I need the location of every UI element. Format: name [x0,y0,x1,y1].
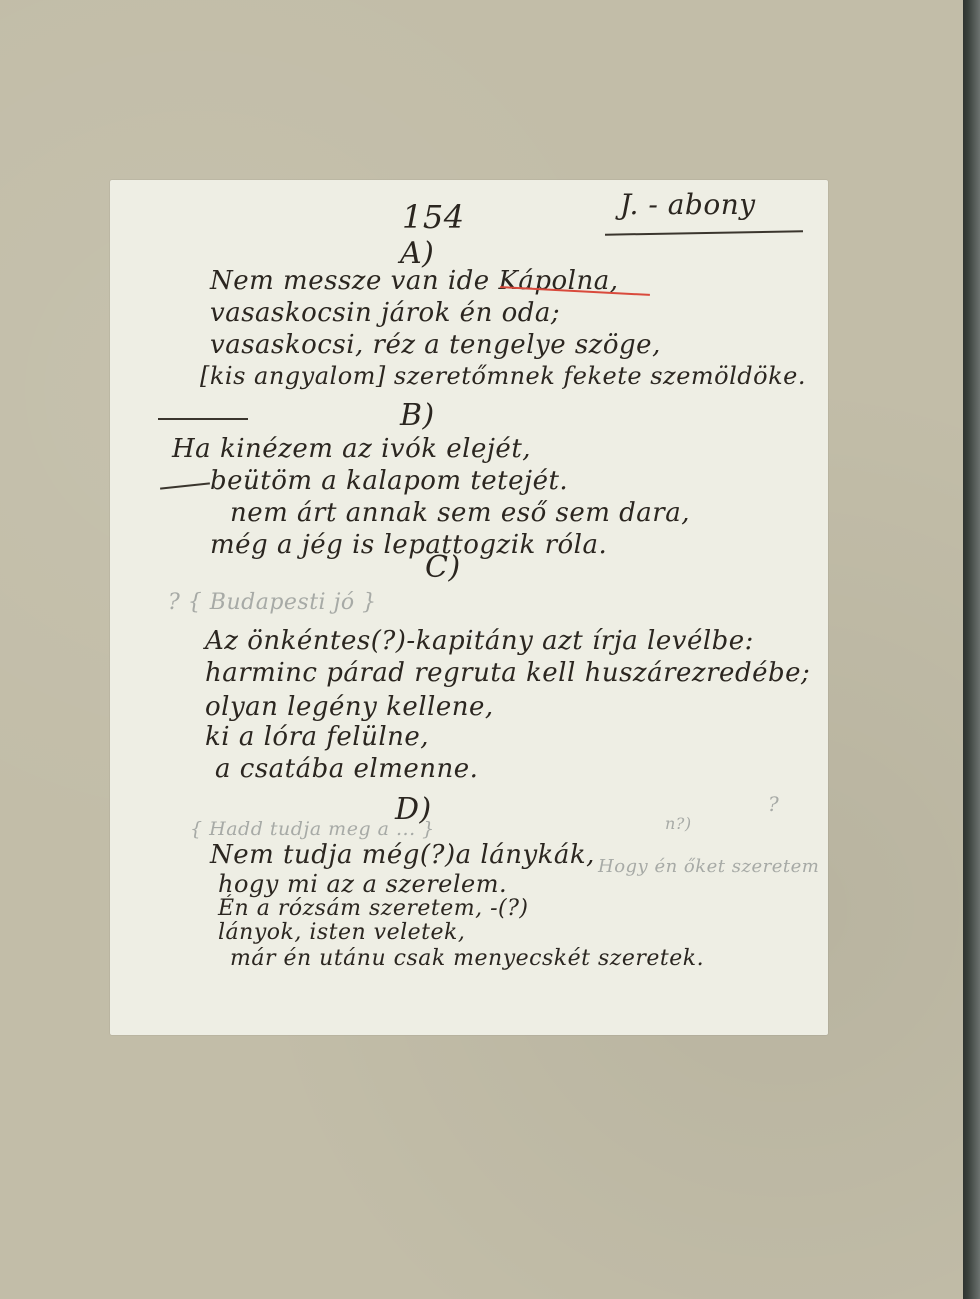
section-b-line-1: Ha kinézem az ivók elejét, [172,434,531,464]
section-b-line-3: nem árt annak sem eső sem dara, [230,498,690,528]
section-b-label: B) [400,398,435,433]
section-b-line-4: még a jég is lepattogzik róla. [210,530,607,560]
section-d-line-2: hogy mi az a szerelem. [218,870,507,898]
section-c-line-1: Az önkéntes(?)-kapitány azt írja levélbe… [205,626,754,656]
section-c-line-3: olyan legény kellene, [205,692,494,722]
pencil-mark: n?) [665,814,692,833]
section-c-pencil-note: ? { Budapesti jó } [168,590,377,615]
location-label: J. - abony [620,188,756,221]
section-a-line-3: vasaskocsi, réz a tengelye szöge, [210,330,661,360]
section-d-line-1: Nem tudja még(?)a lánykák, [210,840,595,870]
section-d-pencil-note: { Hadd tudja meg a ... } [190,818,435,840]
section-divider [158,418,248,420]
section-c-label: C) [425,550,461,585]
pencil-mark: ? [768,792,779,816]
section-d-line-4: lányok, isten veletek, [218,920,465,945]
board-edge [963,0,980,1299]
margin-stroke [160,482,210,489]
section-a-line-2: vasaskocsin járok én oda; [210,298,560,328]
section-a-line-4: [kis angyalom] szeretőmnek fekete szemöl… [200,362,806,390]
section-d-line-5: már én utánu csak menyecskét szeretek. [230,946,704,971]
section-c-line-5: a csatába elmenne. [215,754,478,784]
section-a-line-1: Nem messze van ide Kápolna, [210,266,619,296]
section-c-line-2: harminc párad regruta kell huszárezredéb… [205,658,810,688]
location-underline [605,230,803,235]
section-d-line-3: Én a rózsám szeretem, -(?) [218,896,528,921]
section-c-line-4: ki a lóra felülne, [205,722,429,752]
manuscript-sheet: 154 J. - abony A) Nem messze van ide Káp… [110,180,828,1035]
section-b-line-2: beütöm a kalapom tetejét. [210,466,568,496]
section-d-pencil-note-right: Hogy én őket szeretem [598,856,819,877]
page-number: 154 [402,198,465,236]
